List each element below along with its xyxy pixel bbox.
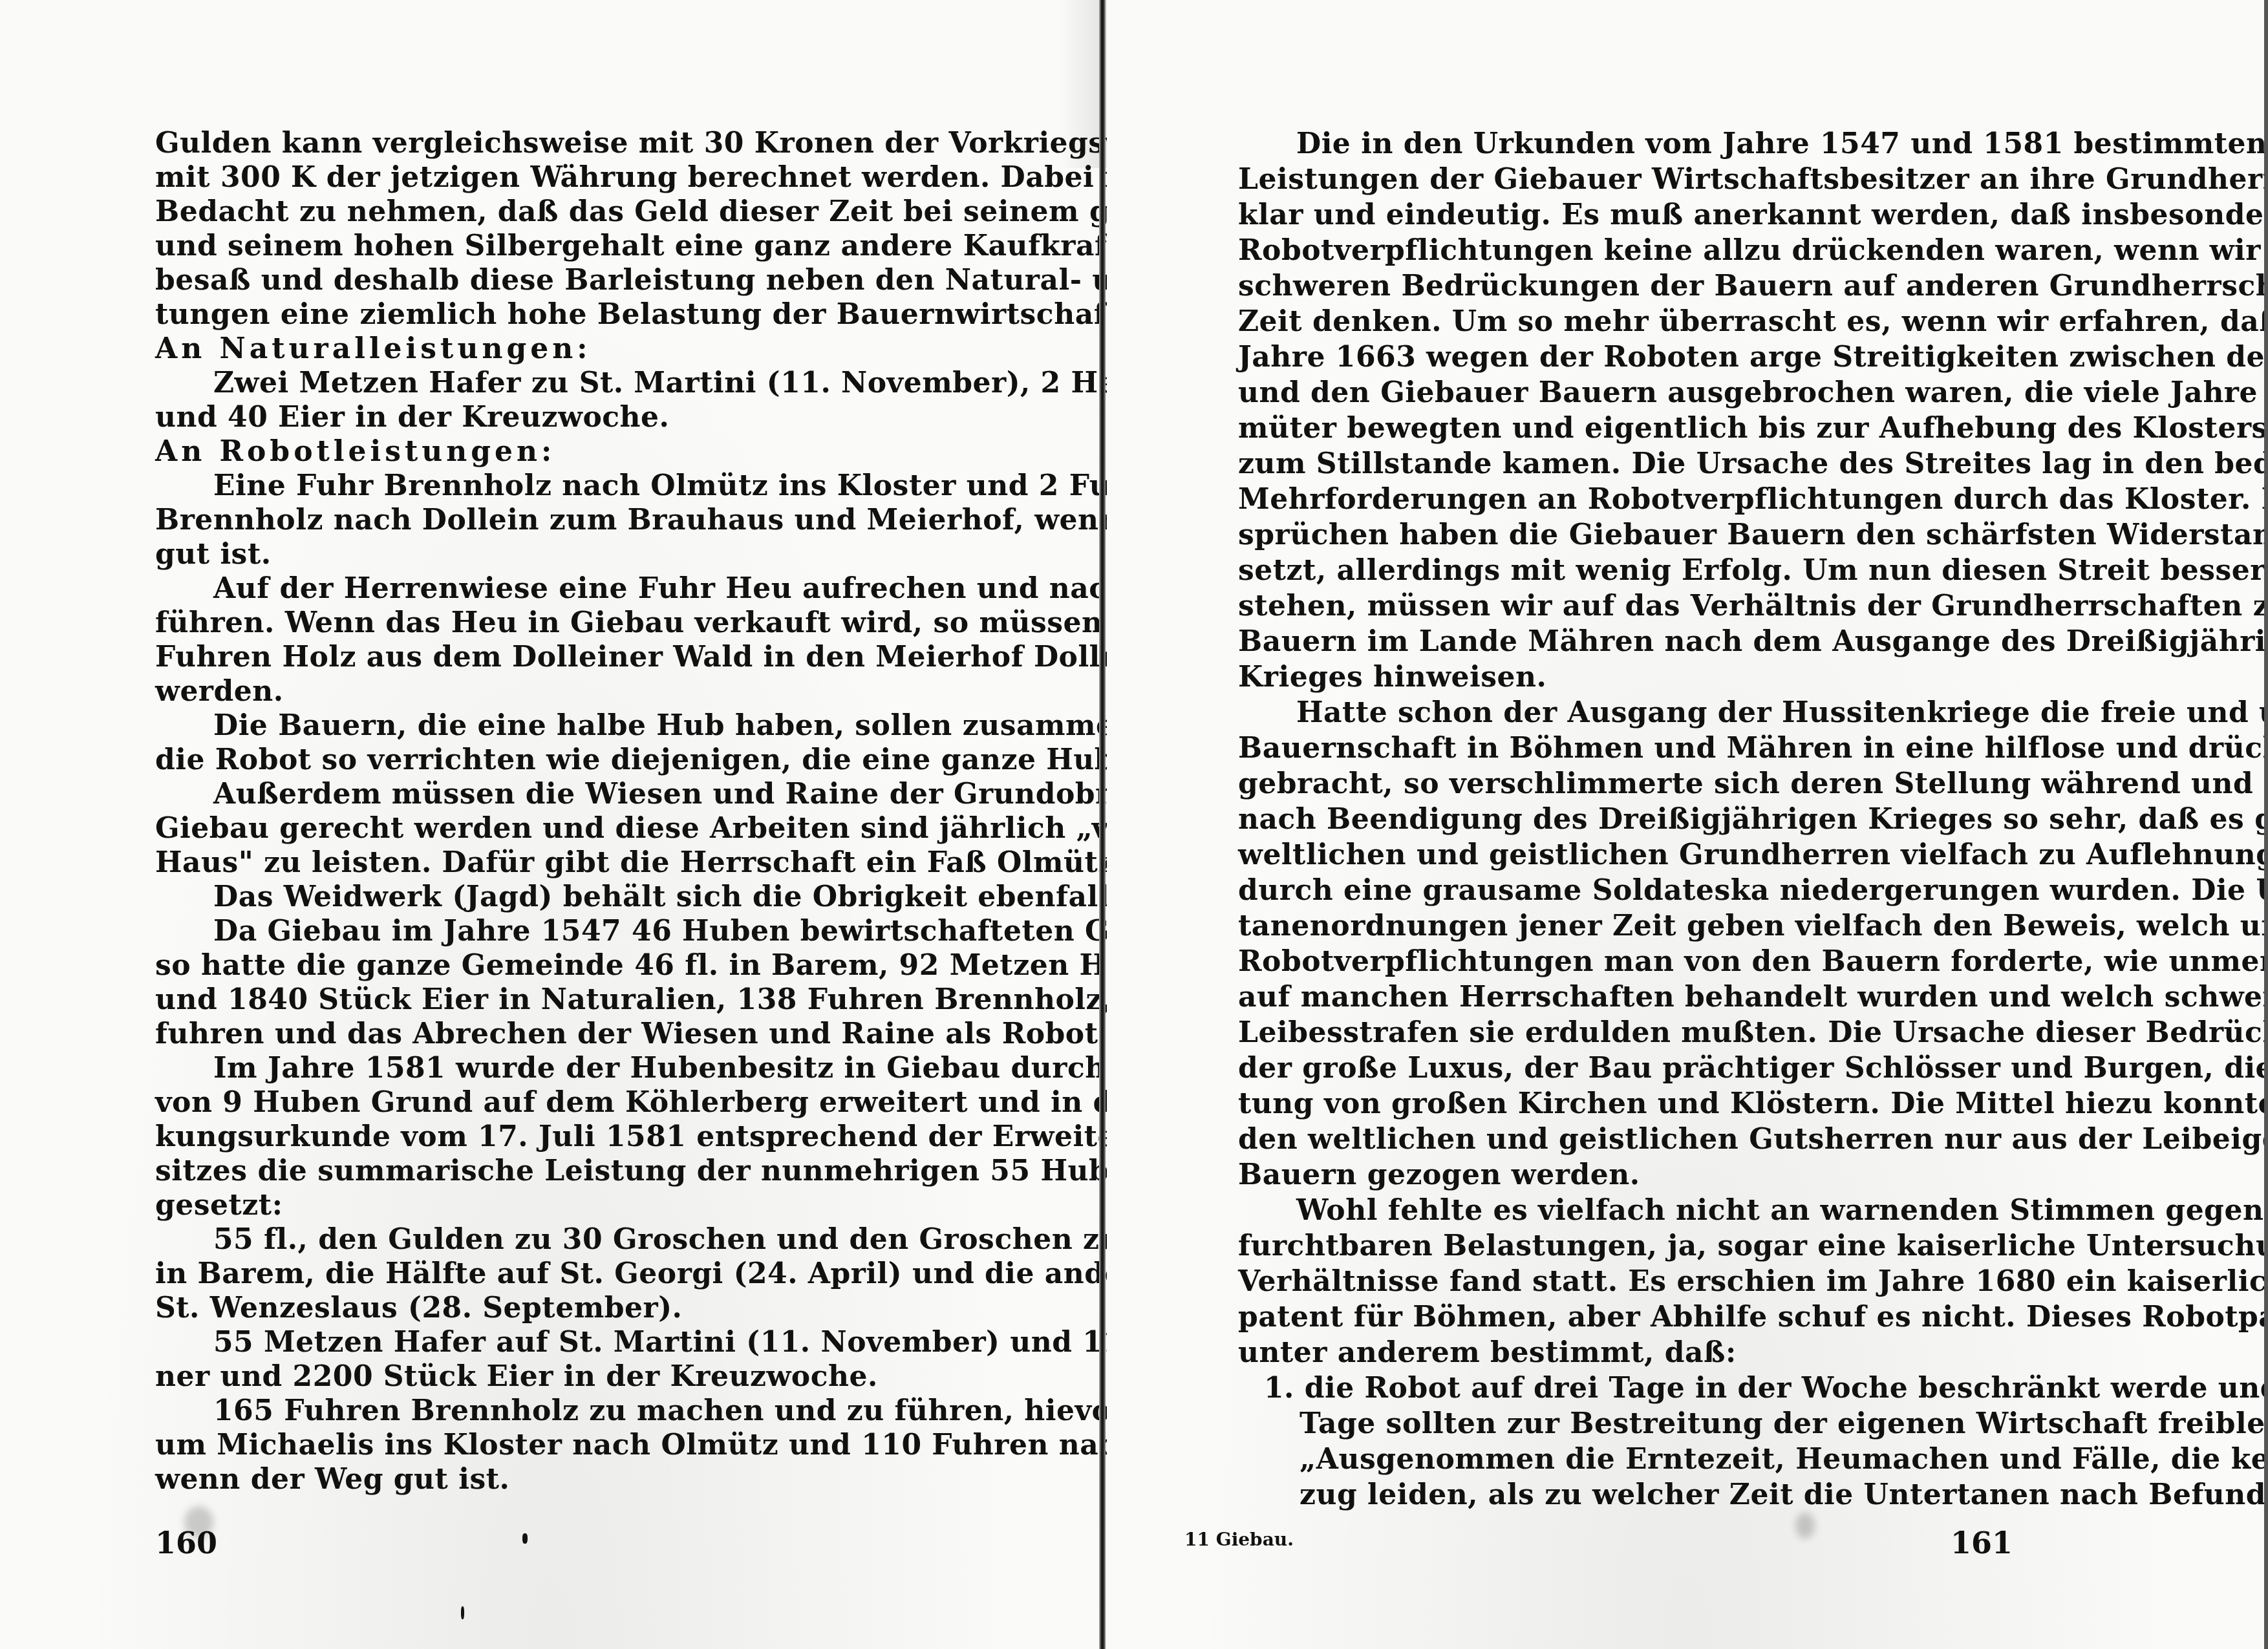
text-line: 55 fl., den Gulden zu 30 Groschen und de… xyxy=(155,1222,957,1257)
right-page-text: Die in den Urkunden vom Jahre 1547 und 1… xyxy=(1238,126,2079,1513)
text-line: Giebau gerecht werden und diese Arbeiten… xyxy=(155,811,957,846)
text-line: tungen eine ziemlich hohe Belastung der … xyxy=(155,297,957,332)
text-line: Bauern im Lande Mähren nach dem Ausgange… xyxy=(1238,624,2079,659)
text-line: von 9 Huben Grund auf dem Köhlerberg erw… xyxy=(155,1085,957,1120)
text-line: unter anderem bestimmt, daß: xyxy=(1238,1335,2079,1370)
text-line: wenn der Weg gut ist. xyxy=(155,1462,957,1496)
text-line: und den Giebauer Bauern ausgebrochen war… xyxy=(1238,375,2079,410)
text-line: mit 300 K der jetzigen Währung berechnet… xyxy=(155,160,957,195)
text-line: Hatte schon der Ausgang der Hussitenkrie… xyxy=(1238,695,2079,730)
text-line: schweren Bedrückungen der Bauern auf and… xyxy=(1238,268,2079,304)
text-line: gebracht, so verschlimmerte sich deren S… xyxy=(1238,766,2079,802)
text-line: zug leiden, als zu welcher Zeit die Unte… xyxy=(1238,1477,2079,1513)
text-line: 165 Fuhren Brennholz zu machen und zu fü… xyxy=(155,1394,957,1428)
text-line: fuhren und das Abrechen der Wiesen und R… xyxy=(155,1017,957,1051)
text-line: tung von großen Kirchen und Klöstern. Di… xyxy=(1238,1086,2079,1122)
text-line: Die in den Urkunden vom Jahre 1547 und 1… xyxy=(1238,126,2079,162)
text-line: Leibesstrafen sie erdulden mußten. Die U… xyxy=(1238,1015,2079,1050)
text-line: setzt, allerdings mit wenig Erfolg. Um n… xyxy=(1238,553,2079,588)
text-line: gut ist. xyxy=(155,537,957,571)
text-line: Verhältnisse fand statt. Es erschien im … xyxy=(1238,1264,2079,1299)
ink-speck xyxy=(461,1606,464,1619)
text-line: durch eine grausame Soldateska niederger… xyxy=(1238,873,2079,908)
text-line: auf manchen Herrschaften behandelt wurde… xyxy=(1238,979,2079,1015)
text-line: Eine Fuhr Brennholz nach Olmütz ins Klos… xyxy=(155,469,957,503)
ink-blot xyxy=(184,1506,213,1538)
text-line: die Robot so verrichten wie diejenigen, … xyxy=(155,743,957,777)
text-line: St. Wenzeslaus (28. September). xyxy=(155,1291,957,1325)
text-line: nach Beendigung des Dreißigjährigen Krie… xyxy=(1238,802,2079,837)
ink-speck xyxy=(522,1533,528,1544)
text-line: zum Stillstande kamen. Die Ursache des S… xyxy=(1238,446,2079,482)
text-line: Robotverpflichtungen keine allzu drücken… xyxy=(1238,233,2079,268)
gutter-shadow xyxy=(1060,0,1099,168)
text-line: Krieges hinweisen. xyxy=(1238,659,2079,695)
text-line: Jahre 1663 wegen der Roboten arge Streit… xyxy=(1238,339,2079,375)
text-line: weltlichen und geistlichen Grundherren v… xyxy=(1238,837,2079,873)
text-line: Das Weidwerk (Jagd) behält sich die Obri… xyxy=(155,880,957,914)
left-page: Gulden kann vergleichsweise mit 30 Krone… xyxy=(0,0,1102,1649)
text-line: der große Luxus, der Bau prächtiger Schl… xyxy=(1238,1050,2079,1086)
text-line: Brennholz nach Dollein zum Brauhaus und … xyxy=(155,503,957,537)
text-line: Zwei Metzen Hafer zu St. Martini (11. No… xyxy=(155,366,957,400)
text-line: „Ausgenommen die Erntezeit, Heumachen un… xyxy=(1238,1442,2079,1477)
section-heading-robotleistungen: An Robotleistungen: xyxy=(155,434,957,469)
ink-blot xyxy=(1795,1513,1815,1538)
text-line: Da Giebau im Jahre 1547 46 Huben bewirts… xyxy=(155,914,957,948)
text-line: Im Jahre 1581 wurde der Hubenbesitz in G… xyxy=(155,1051,957,1085)
text-line: sprüchen haben die Giebauer Bauern den s… xyxy=(1238,517,2079,553)
text-line: den weltlichen und geistlichen Gutsherre… xyxy=(1238,1122,2079,1157)
text-line: Auf der Herrenwiese eine Fuhr Heu aufrec… xyxy=(155,571,957,606)
text-line: und seinem hohen Silbergehalt eine ganz … xyxy=(155,229,957,263)
signature-mark: 11 Giebau. xyxy=(1184,1529,1294,1550)
text-line: Leistungen der Giebauer Wirtschaftsbesit… xyxy=(1238,162,2079,197)
left-page-text: Gulden kann vergleichsweise mit 30 Krone… xyxy=(155,126,957,1496)
text-line: und 1840 Stück Eier in Naturalien, 138 F… xyxy=(155,983,957,1017)
text-line: furchtbaren Belastungen, ja, sogar eine … xyxy=(1238,1228,2079,1264)
text-line: stehen, müssen wir auf das Verhältnis de… xyxy=(1238,588,2079,624)
text-line: ner und 2200 Stück Eier in der Kreuzwoch… xyxy=(155,1359,957,1394)
text-line: um Michaelis ins Kloster nach Olmütz und… xyxy=(155,1428,957,1462)
text-line: müter bewegten und eigentlich bis zur Au… xyxy=(1238,410,2079,446)
section-heading-naturalleistungen: An Naturalleistungen: xyxy=(155,332,957,366)
text-line: Haus" zu leisten. Dafür gibt die Herrsch… xyxy=(155,846,957,880)
text-line: Bauernschaft in Böhmen und Mähren in ein… xyxy=(1238,730,2079,766)
text-line: patent für Böhmen, aber Abhilfe schuf es… xyxy=(1238,1299,2079,1335)
right-page: Die in den Urkunden vom Jahre 1547 und 1… xyxy=(1107,0,2268,1649)
text-line: Die Bauern, die eine halbe Hub haben, so… xyxy=(155,708,957,743)
text-line: besaß und deshalb diese Barleistung nebe… xyxy=(155,263,957,297)
text-line: gesetzt: xyxy=(155,1188,957,1222)
book-spine-gutter xyxy=(1099,0,1106,1649)
text-line: Tage sollten zur Bestreitung der eigenen… xyxy=(1238,1406,2079,1442)
page-number-right: 161 xyxy=(1951,1526,2013,1560)
text-line: Gulden kann vergleichsweise mit 30 Krone… xyxy=(155,126,957,160)
page-edge xyxy=(2264,0,2268,1649)
text-line: Robotverpflichtungen man von den Bauern … xyxy=(1238,944,2079,979)
book-spread: Gulden kann vergleichsweise mit 30 Krone… xyxy=(0,0,2268,1649)
text-line: tanenordnungen jener Zeit geben vielfach… xyxy=(1238,908,2079,944)
text-line: Außerdem müssen die Wiesen und Raine der… xyxy=(155,777,957,811)
text-line: Bedacht zu nehmen, daß das Geld dieser Z… xyxy=(155,195,957,229)
text-line: kungsurkunde vom 17. Juli 1581 entsprech… xyxy=(155,1120,957,1154)
text-line: Fuhren Holz aus dem Dolleiner Wald in de… xyxy=(155,640,957,674)
text-line: 55 Metzen Hafer auf St. Martini (11. Nov… xyxy=(155,1325,957,1359)
text-line: Zeit denken. Um so mehr überrascht es, w… xyxy=(1238,304,2079,339)
text-line: so hatte die ganze Gemeinde 46 fl. in Ba… xyxy=(155,948,957,983)
text-line: werden. xyxy=(155,674,957,708)
text-line: Wohl fehlte es vielfach nicht an warnend… xyxy=(1238,1193,2079,1228)
text-line: in Barem, die Hälfte auf St. Georgi (24.… xyxy=(155,1257,957,1291)
text-line: führen. Wenn das Heu in Giebau verkauft … xyxy=(155,606,957,640)
list-item-1: 1. die Robot auf drei Tage in der Woche … xyxy=(1238,1370,2079,1406)
text-line: klar und eindeutig. Es muß anerkannt wer… xyxy=(1238,197,2079,233)
text-line: Mehrforderungen an Robotverpflichtungen … xyxy=(1238,482,2079,517)
text-line: und 40 Eier in der Kreuzwoche. xyxy=(155,400,957,434)
text-line: Bauern gezogen werden. xyxy=(1238,1157,2079,1193)
text-line: sitzes die summarische Leistung der nunm… xyxy=(155,1154,957,1188)
